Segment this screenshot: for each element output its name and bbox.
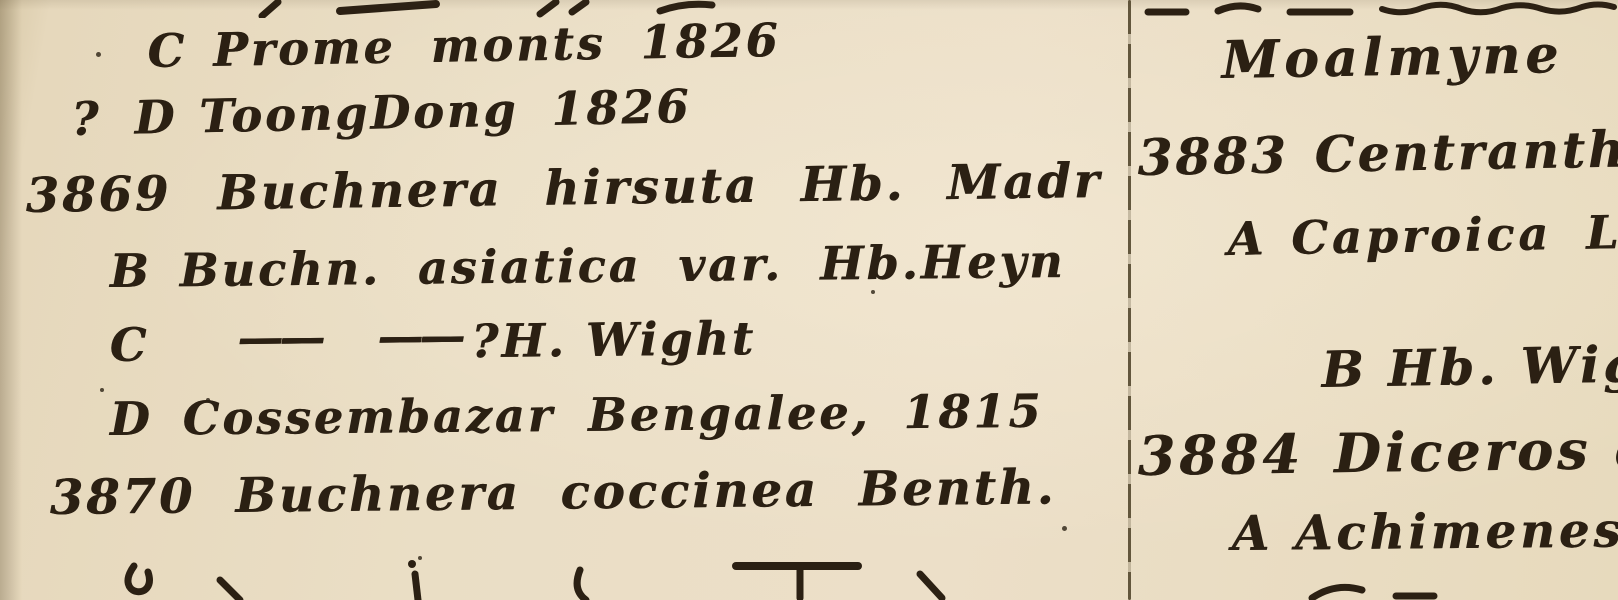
- entry-text: Caproica Lu: [1291, 204, 1618, 264]
- entry-label: C: [147, 23, 188, 78]
- catalog-entry-line: 3870Buchnera coccinea Benth.: [49, 459, 1056, 526]
- entry-text: Achimenes: [1295, 503, 1618, 562]
- entry-label: ? D: [71, 90, 178, 146]
- clipped-line-fragment-top-right: [1140, 0, 1618, 16]
- entry-text: Centranthera: [1314, 118, 1618, 184]
- catalog-entry-line: 3884Diceros c: [1137, 417, 1618, 488]
- entry-text: Buchn. asiatica var. Hb.Heyn: [179, 234, 1065, 297]
- catalog-entry-line: BHb. Wight: [1321, 333, 1618, 399]
- entry-text: Hb. Wight: [1387, 333, 1618, 398]
- entry-number: 3869: [25, 166, 171, 224]
- manuscript-page: CProme monts 1826 ? DToongDong 1826 3869…: [0, 0, 1618, 600]
- entry-text: Buchnera hirsuta Hb. Madr: [217, 153, 1103, 221]
- entry-text: Cossembazar Bengalee, 1815: [182, 384, 1043, 446]
- catalog-entry-line: Moalmyne 1: [1221, 22, 1618, 91]
- ink-speck: [1062, 526, 1067, 531]
- ink-speck: [206, 398, 210, 402]
- entry-number: 3870: [49, 468, 195, 526]
- catalog-entry-line: CProme monts 1826: [147, 13, 781, 78]
- ditto-marks: —— ——: [237, 308, 462, 364]
- ink-speck: [100, 388, 104, 392]
- ink-speck: [418, 556, 422, 560]
- catalog-entry-line: ACaproica Lu: [1227, 204, 1618, 266]
- clipped-line-fragment-bottom-right: [1300, 582, 1520, 600]
- entry-label: D: [110, 392, 153, 446]
- catalog-entry-line: C—— ——?H. Wight: [109, 311, 756, 372]
- catalog-entry-line: DCossembazar Bengalee, 1815: [110, 384, 1044, 446]
- catalog-entry-line: BBuchn. asiatica var. Hb.Heyn: [109, 234, 1065, 298]
- entry-number: 3883: [1137, 125, 1289, 187]
- entry-text: Moalmyne 1: [1221, 22, 1618, 91]
- entry-number: 3884: [1137, 422, 1304, 488]
- entry-label: A: [1232, 506, 1274, 562]
- entry-text: ToongDong 1826: [199, 79, 692, 143]
- column-divider-rule: [1128, 0, 1131, 600]
- entry-text: Buchnera coccinea Benth.: [235, 459, 1057, 524]
- catalog-entry-line: 3869Buchnera hirsuta Hb. Madr: [25, 153, 1102, 224]
- catalog-entry-line: ? DToongDong 1826: [71, 79, 692, 146]
- clipped-line-fragment-bottom-left: [100, 556, 960, 600]
- entry-label: B: [109, 244, 151, 298]
- entry-label: A: [1227, 211, 1268, 266]
- ink-speck: [96, 52, 101, 57]
- catalog-entry-line: AAchimenes: [1232, 503, 1618, 562]
- entry-label: C: [109, 318, 149, 372]
- entry-text: ?H. Wight: [471, 311, 756, 368]
- entry-text: Prome monts 1826: [213, 13, 781, 77]
- catalog-entry-line: 3883Centranthera: [1137, 118, 1618, 187]
- entry-label: B: [1321, 339, 1368, 399]
- ink-speck: [871, 290, 875, 294]
- entry-text: Diceros c: [1333, 417, 1618, 485]
